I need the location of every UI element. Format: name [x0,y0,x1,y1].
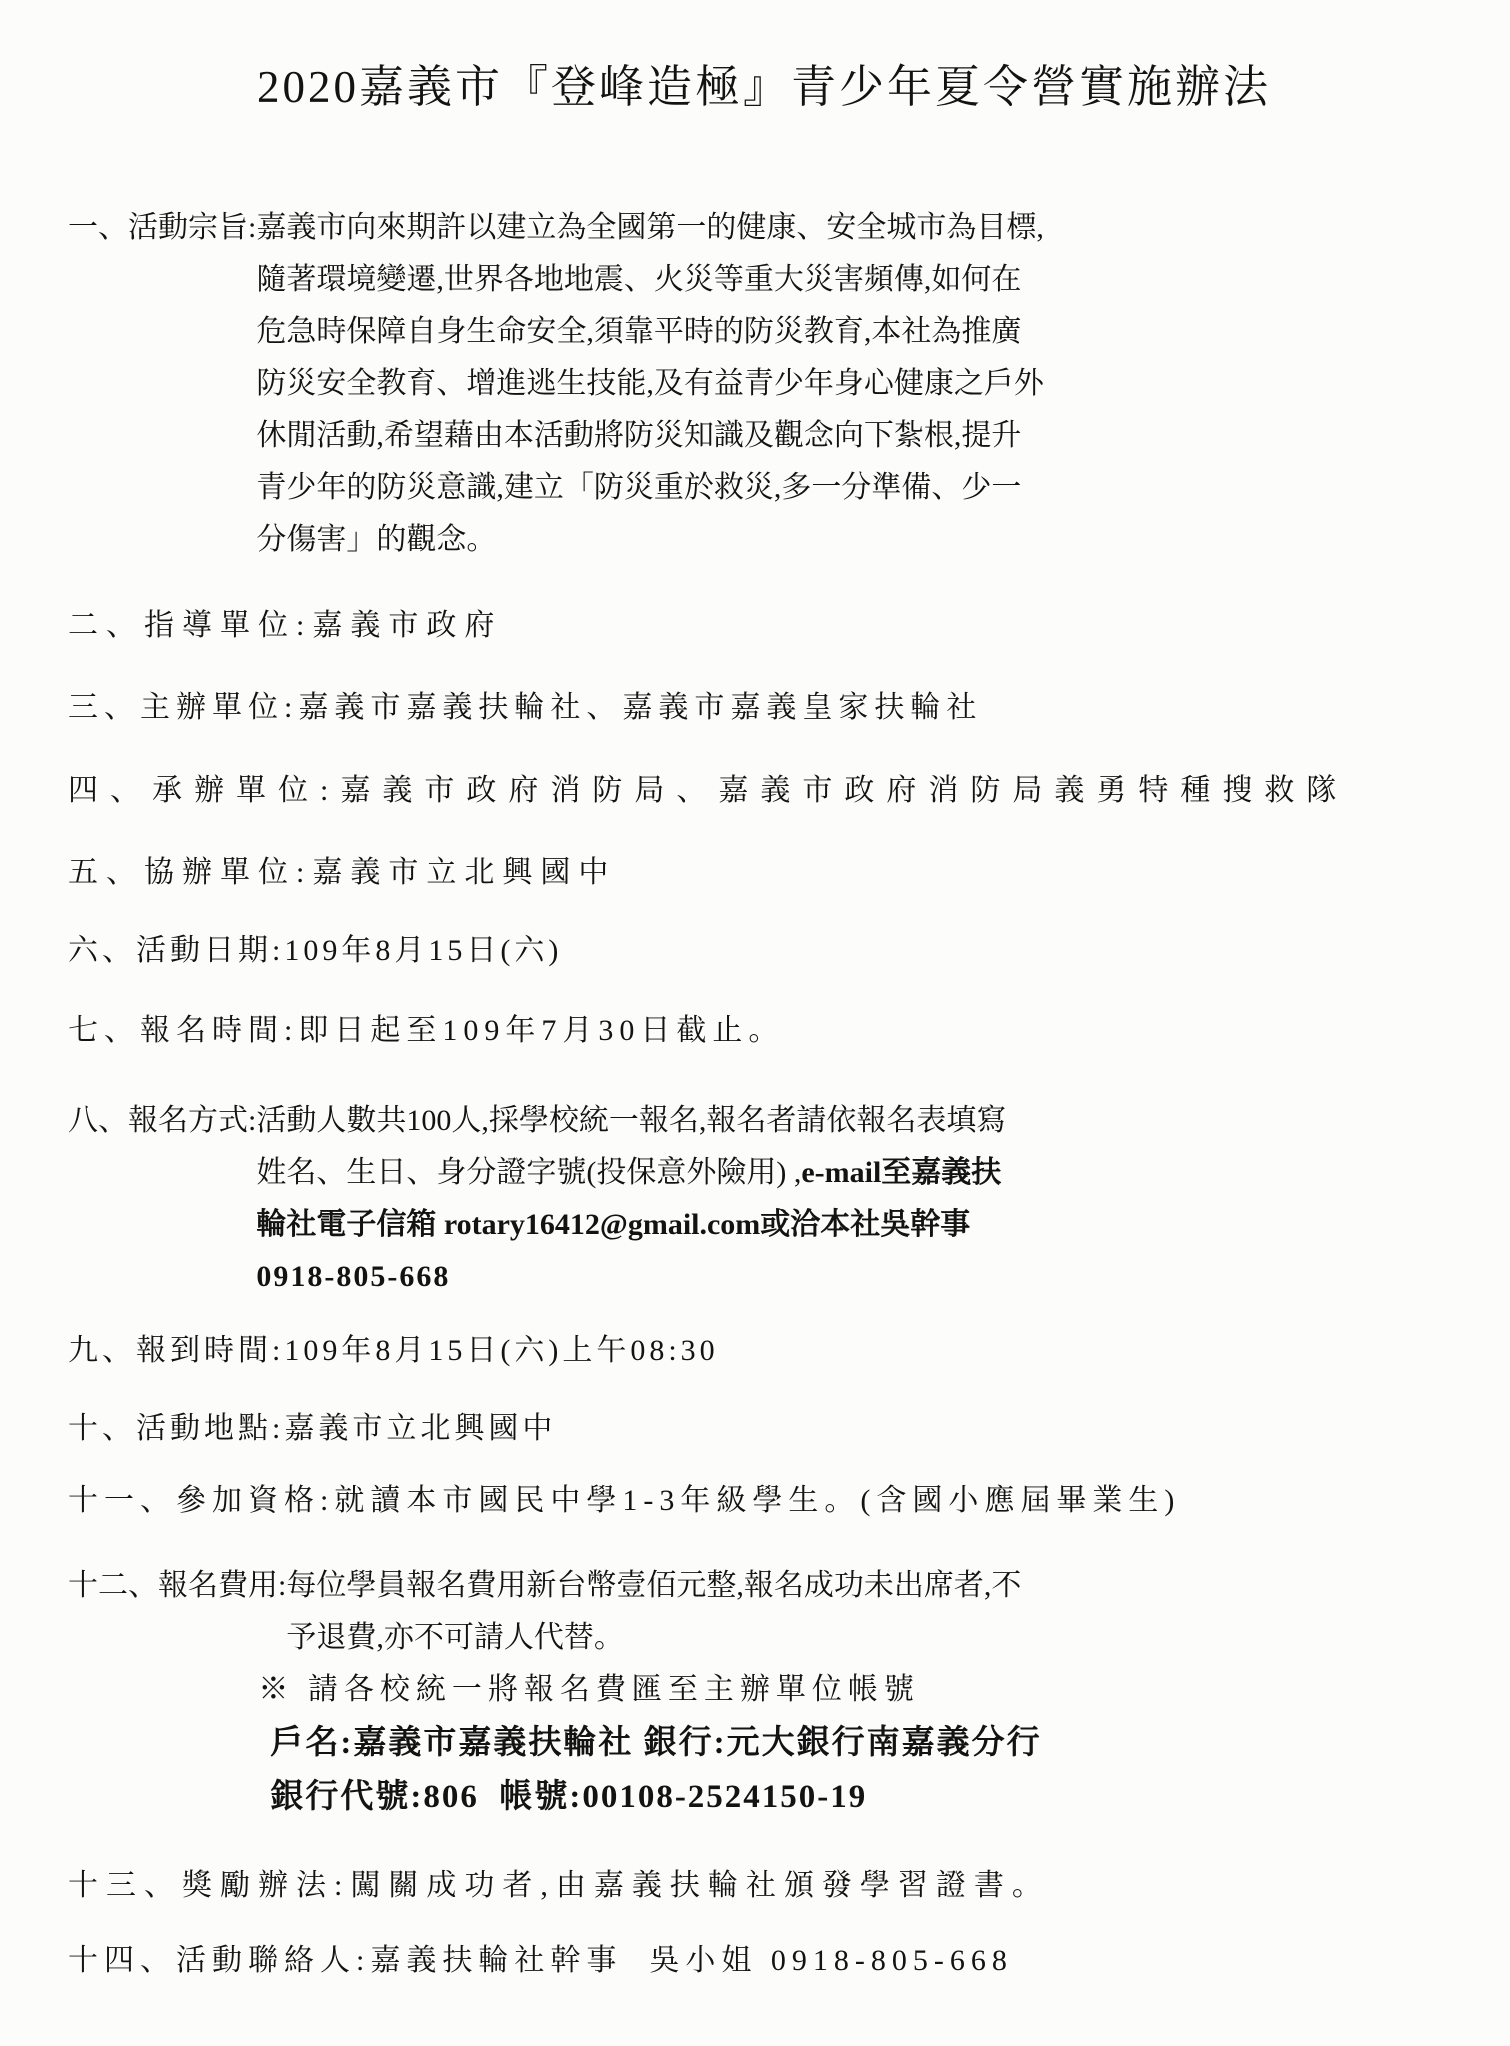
section-organizer: 三、主辦單位: 嘉義市嘉義扶輪社、嘉義市嘉義皇家扶輪社 [68,682,1470,734]
section-event-location: 十、活動地點: 嘉義市立北興國中 [68,1403,1470,1455]
section-heading: 活動聯絡人: [176,1944,370,1977]
section-number: 十一、 [68,1484,176,1517]
section-number: 十三、 [68,1869,182,1902]
section-body: 嘉義市政府 [312,600,1470,652]
section-eligibility: 十一、參加資格: 就讀本市國民中學1-3年級學生。(含國小應屆畢業生) [68,1475,1470,1527]
section-checkin-time: 九、報到時間: 109年8月15日(六)上午08:30 [68,1325,1470,1377]
body-line: 予退費,亦不可請人代替。 [286,1612,1470,1664]
body-text: 姓名、生日、身分證字號(投保意外險用) , [256,1156,801,1189]
bank-account-name-line: 戶名:嘉義市嘉義扶輪社 銀行:元大銀行南嘉義分行 [270,1716,1470,1770]
section-body: 就讀本市國民中學1-3年級學生。(含國小應屆畢業生) [334,1475,1470,1527]
body-line: 嘉義市向來期許以建立為全國第一的健康、安全城市為目標, [256,202,1470,254]
email-instruction-bold: e-mail至嘉義扶 [801,1156,1001,1189]
section-label: 十四、活動聯絡人: [68,1935,370,1987]
body-line: 活動人數共100人,採學校統一報名,報名者請依報名表填寫 [256,1095,1470,1147]
email-address-line: 輪社電子信箱 rotary16412@gmail.com或洽本社吳幹事 [256,1199,1470,1251]
section-number: 三、 [68,691,140,724]
section-advising-unit: 二、指導單位: 嘉義市政府 [68,600,1470,652]
body-line: 休閒活動,希望藉由本活動將防災知識及觀念向下紮根,提升 [256,410,1470,462]
section-number: 二、 [68,609,144,642]
body-line: 109年8月15日(六) [284,925,1470,977]
section-heading: 活動日期: [136,934,284,967]
section-body: 嘉義扶輪社幹事 吳小姐 0918-805-668 [370,1935,1470,1987]
section-heading: 指導單位: [144,609,312,642]
section-body: 109年8月15日(六)上午08:30 [284,1325,1470,1377]
contact-phone-number: 0918-805-668 [256,1251,1470,1303]
section-number: 十二、 [68,1569,158,1602]
section-label: 十三、獎勵辦法: [68,1860,350,1912]
section-label: 十、活動地點: [68,1403,284,1455]
section-heading: 報名時間: [140,1014,298,1047]
section-event-date: 六、活動日期: 109年8月15日(六) [68,925,1470,977]
section-label: 三、主辦單位: [68,682,298,734]
section-heading: 承辦單位: [152,774,340,807]
scanned-document-page: 2020嘉義市『登峰造極』青少年夏令營實施辦法 一、活動宗旨: 嘉義市向來期許以… [0,0,1510,1987]
body-line: 闖關成功者,由嘉義扶輪社頒發學習證書。 [350,1860,1470,1912]
section-body: 嘉義市立北興國中 [312,847,1470,899]
section-heading: 報到時間: [136,1334,284,1367]
section-heading: 報名方式: [128,1104,256,1137]
section-contact-person: 十四、活動聯絡人: 嘉義扶輪社幹事 吳小姐 0918-805-668 [68,1935,1470,1987]
section-number: 六、 [68,934,136,967]
section-body: 嘉義市政府消防局、嘉義市政府消防局義勇特種搜救隊 [340,765,1470,817]
body-line: 嘉義市政府消防局、嘉義市政府消防局義勇特種搜救隊 [340,765,1470,817]
section-number: 九、 [68,1334,136,1367]
section-reward-method: 十三、獎勵辦法: 闖關成功者,由嘉義扶輪社頒發學習證書。 [68,1860,1470,1912]
section-body: 即日起至109年7月30日截止。 [298,1005,1470,1057]
section-number: 五、 [68,856,144,889]
section-number: 十、 [68,1412,136,1445]
body-line: 每位學員報名費用新台幣壹佰元整,報名成功未出席者,不 [286,1560,1470,1612]
body-line: 青少年的防災意識,建立「防災重於救災,多一分準備、少一 [256,462,1470,514]
section-heading: 活動宗旨: [128,211,256,244]
section-label: 九、報到時間: [68,1325,284,1377]
section-label: 五、協辦單位: [68,847,312,899]
section-heading: 參加資格: [176,1484,334,1517]
body-line: 隨著環境變遷,世界各地地震、火災等重大災害頻傳,如何在 [256,254,1470,306]
section-body: 嘉義市向來期許以建立為全國第一的健康、安全城市為目標, 隨著環境變遷,世界各地地… [256,202,1470,566]
bank-code-account-line: 銀行代號:806 帳號:00108-2524150-19 [270,1770,1470,1824]
section-body: 嘉義市立北興國中 [284,1403,1470,1455]
page-title: 2020嘉義市『登峰造極』青少年夏令營實施辦法 [68,56,1460,118]
section-body: 闖關成功者,由嘉義扶輪社頒發學習證書。 [350,1860,1470,1912]
section-label: 四、承辦單位: [68,765,340,817]
section-body: 活動人數共100人,採學校統一報名,報名者請依報名表填寫 姓名、生日、身分證字號… [256,1095,1470,1303]
body-line: 危急時保障自身生命安全,須靠平時的防災教育,本社為推廣 [256,306,1470,358]
section-body: 每位學員報名費用新台幣壹佰元整,報名成功未出席者,不 予退費,亦不可請人代替。 … [286,1560,1470,1824]
body-line: 分傷害」的觀念。 [256,514,1470,566]
section-label: 十一、參加資格: [68,1475,334,1527]
body-line: 即日起至109年7月30日截止。 [298,1005,1470,1057]
section-co-organizer: 五、協辦單位: 嘉義市立北興國中 [68,847,1470,899]
body-line: 姓名、生日、身分證字號(投保意外險用) ,e-mail至嘉義扶 [256,1147,1470,1199]
section-label: 八、報名方式: [68,1095,256,1147]
section-heading: 報名費用: [158,1569,286,1602]
section-label: 一、活動宗旨: [68,202,256,254]
body-line: 嘉義扶輪社幹事 吳小姐 0918-805-668 [370,1935,1470,1987]
body-line: 嘉義市立北興國中 [284,1403,1470,1455]
body-line: 109年8月15日(六)上午08:30 [284,1325,1470,1377]
section-registration-period: 七、報名時間: 即日起至109年7月30日截止。 [68,1005,1470,1057]
section-heading: 主辦單位: [140,691,298,724]
fee-remittance-note: ※ 請各校統一將報名費匯至主辦單位帳號 [258,1664,1470,1716]
body-line: 嘉義市嘉義扶輪社、嘉義市嘉義皇家扶輪社 [298,682,1470,734]
section-label: 二、指導單位: [68,600,312,652]
body-line: 嘉義市立北興國中 [312,847,1470,899]
section-label: 十二、報名費用: [68,1560,286,1612]
section-body: 嘉義市嘉義扶輪社、嘉義市嘉義皇家扶輪社 [298,682,1470,734]
section-label: 六、活動日期: [68,925,284,977]
body-line: 就讀本市國民中學1-3年級學生。(含國小應屆畢業生) [334,1475,1470,1527]
section-number: 四、 [68,774,152,807]
section-body: 109年8月15日(六) [284,925,1470,977]
section-executing-unit: 四、承辦單位: 嘉義市政府消防局、嘉義市政府消防局義勇特種搜救隊 [68,765,1470,817]
section-heading: 協辦單位: [144,856,312,889]
section-activity-purpose: 一、活動宗旨: 嘉義市向來期許以建立為全國第一的健康、安全城市為目標, 隨著環境… [68,202,1470,566]
section-number: 十四、 [68,1944,176,1977]
body-line: 防災安全教育、增進逃生技能,及有益青少年身心健康之戶外 [256,358,1470,410]
section-number: 八、 [68,1104,128,1137]
section-registration-fee: 十二、報名費用: 每位學員報名費用新台幣壹佰元整,報名成功未出席者,不 予退費,… [68,1560,1470,1824]
section-heading: 活動地點: [136,1412,284,1445]
section-number: 七、 [68,1014,140,1047]
section-label: 七、報名時間: [68,1005,298,1057]
section-registration-method: 八、報名方式: 活動人數共100人,採學校統一報名,報名者請依報名表填寫 姓名、… [68,1095,1470,1303]
section-heading: 獎勵辦法: [182,1869,350,1902]
body-line: 嘉義市政府 [312,600,1470,652]
section-number: 一、 [68,211,128,244]
